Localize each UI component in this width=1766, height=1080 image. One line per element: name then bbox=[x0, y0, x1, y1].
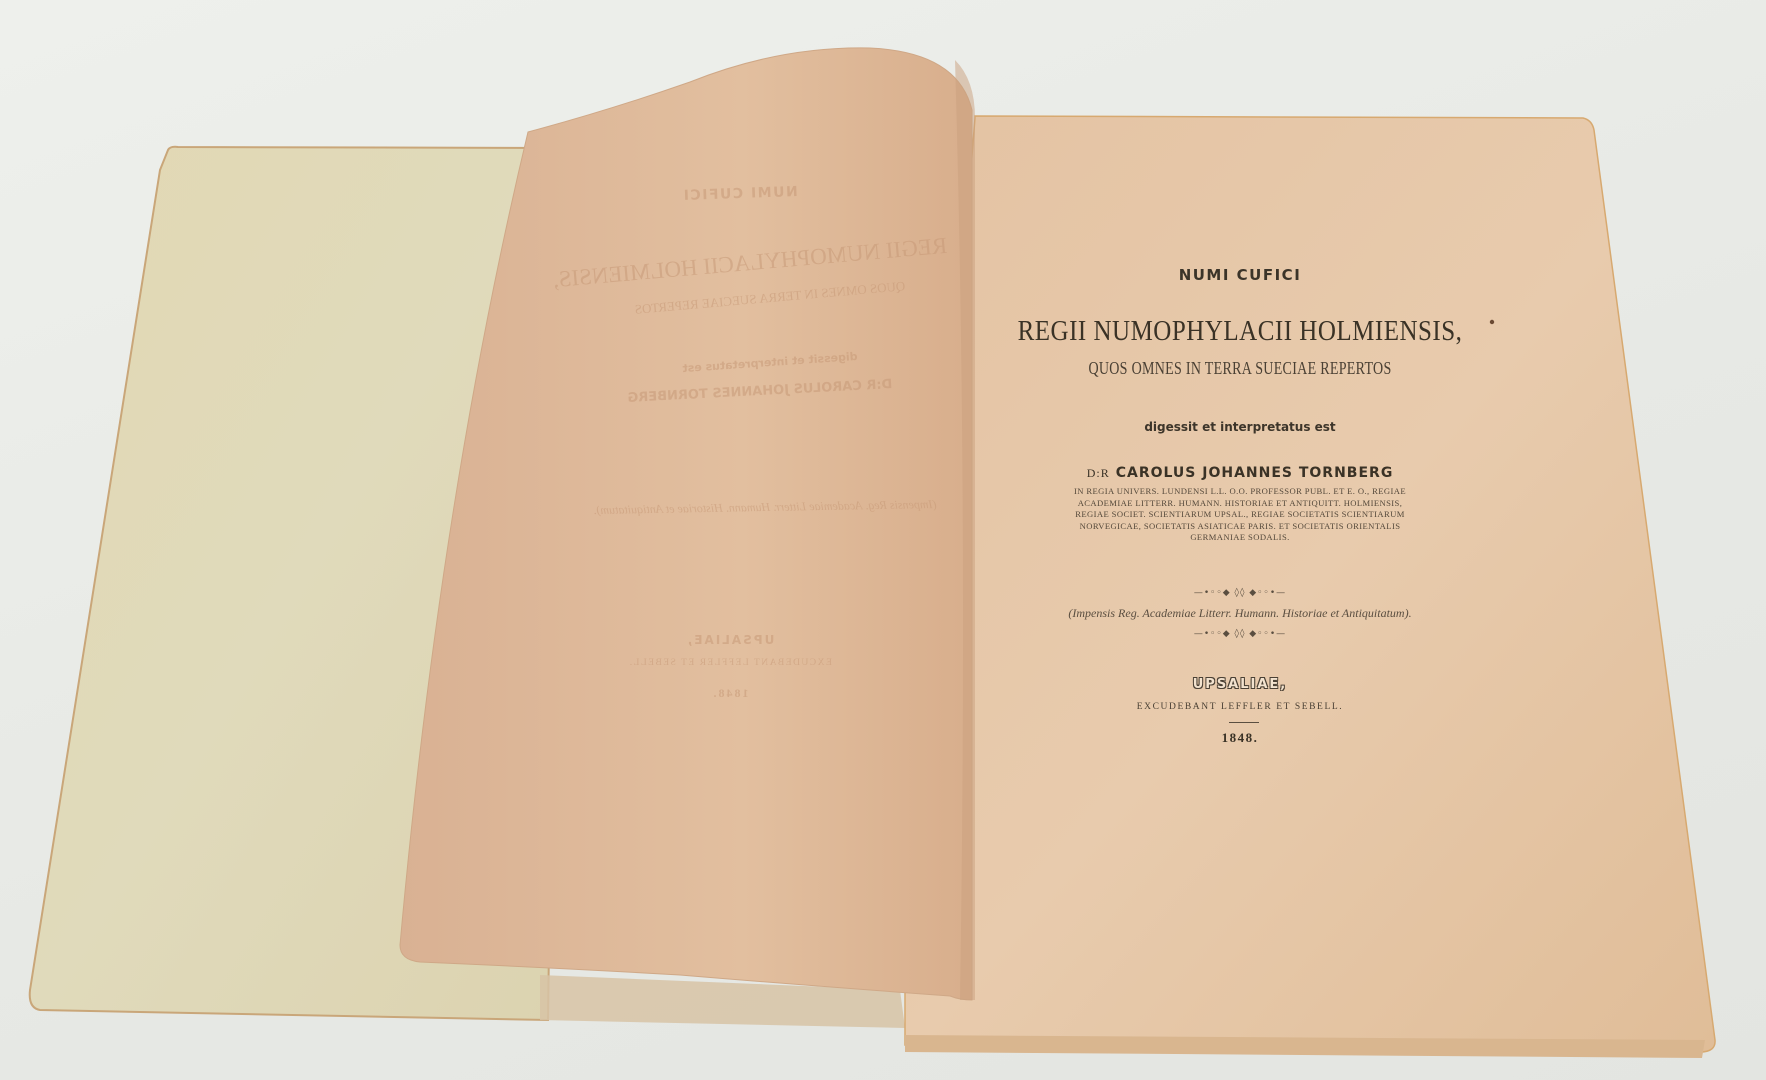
author-credentials: IN REGIA UNIVERS. LUNDENSI L.L. O.O. PRO… bbox=[1070, 486, 1410, 544]
title-line-numi-cufici: NUMI CUFICI bbox=[1000, 266, 1480, 284]
imprint-year: 1848. bbox=[1000, 730, 1480, 746]
bleed-line-8: EXCUDEBANT LEFFLER ET SEBELL. bbox=[600, 658, 860, 668]
author-full-name: CAROLUS JOHANNES TORNBERG bbox=[1116, 465, 1394, 481]
impensis-line: (Impensis Reg. Academiae Litterr. Humann… bbox=[980, 606, 1500, 621]
bleed-line-7: UPSALIAE, bbox=[620, 633, 840, 647]
title-page-right bbox=[905, 116, 1715, 1052]
photo-scene: NUMI CUFICI REGII NUMOPHYLACII HOLMIENSI… bbox=[0, 0, 1766, 1080]
title-line-regii: REGII NUMOPHYLACII HOLMIENSIS, bbox=[1000, 316, 1480, 348]
ornament-rule-top: —•◦◦◆ ◊◊ ◆◦◦•— bbox=[1000, 588, 1480, 598]
author-prefix: D:R bbox=[1087, 466, 1110, 480]
imprint-place: UPSALIAE, bbox=[1000, 677, 1480, 692]
title-line-digessit: digessit et interpretatus est bbox=[1000, 420, 1480, 434]
book-shapes bbox=[0, 0, 1766, 1080]
bleed-line-9: 1848. bbox=[680, 686, 780, 701]
foxing-spot bbox=[1490, 320, 1494, 324]
imprint-printer: EXCUDEBANT LEFFLER ET SEBELL. bbox=[1000, 702, 1480, 712]
author-name: D:RCAROLUS JOHANNES TORNBERG bbox=[1000, 465, 1480, 481]
ornament-rule-bottom: —•◦◦◆ ◊◊ ◆◦◦•— bbox=[1000, 629, 1480, 639]
imprint-rule bbox=[1229, 722, 1259, 723]
title-line-quos: QUOS OMNES IN TERRA SUECIAE REPERTOS bbox=[1000, 360, 1480, 380]
